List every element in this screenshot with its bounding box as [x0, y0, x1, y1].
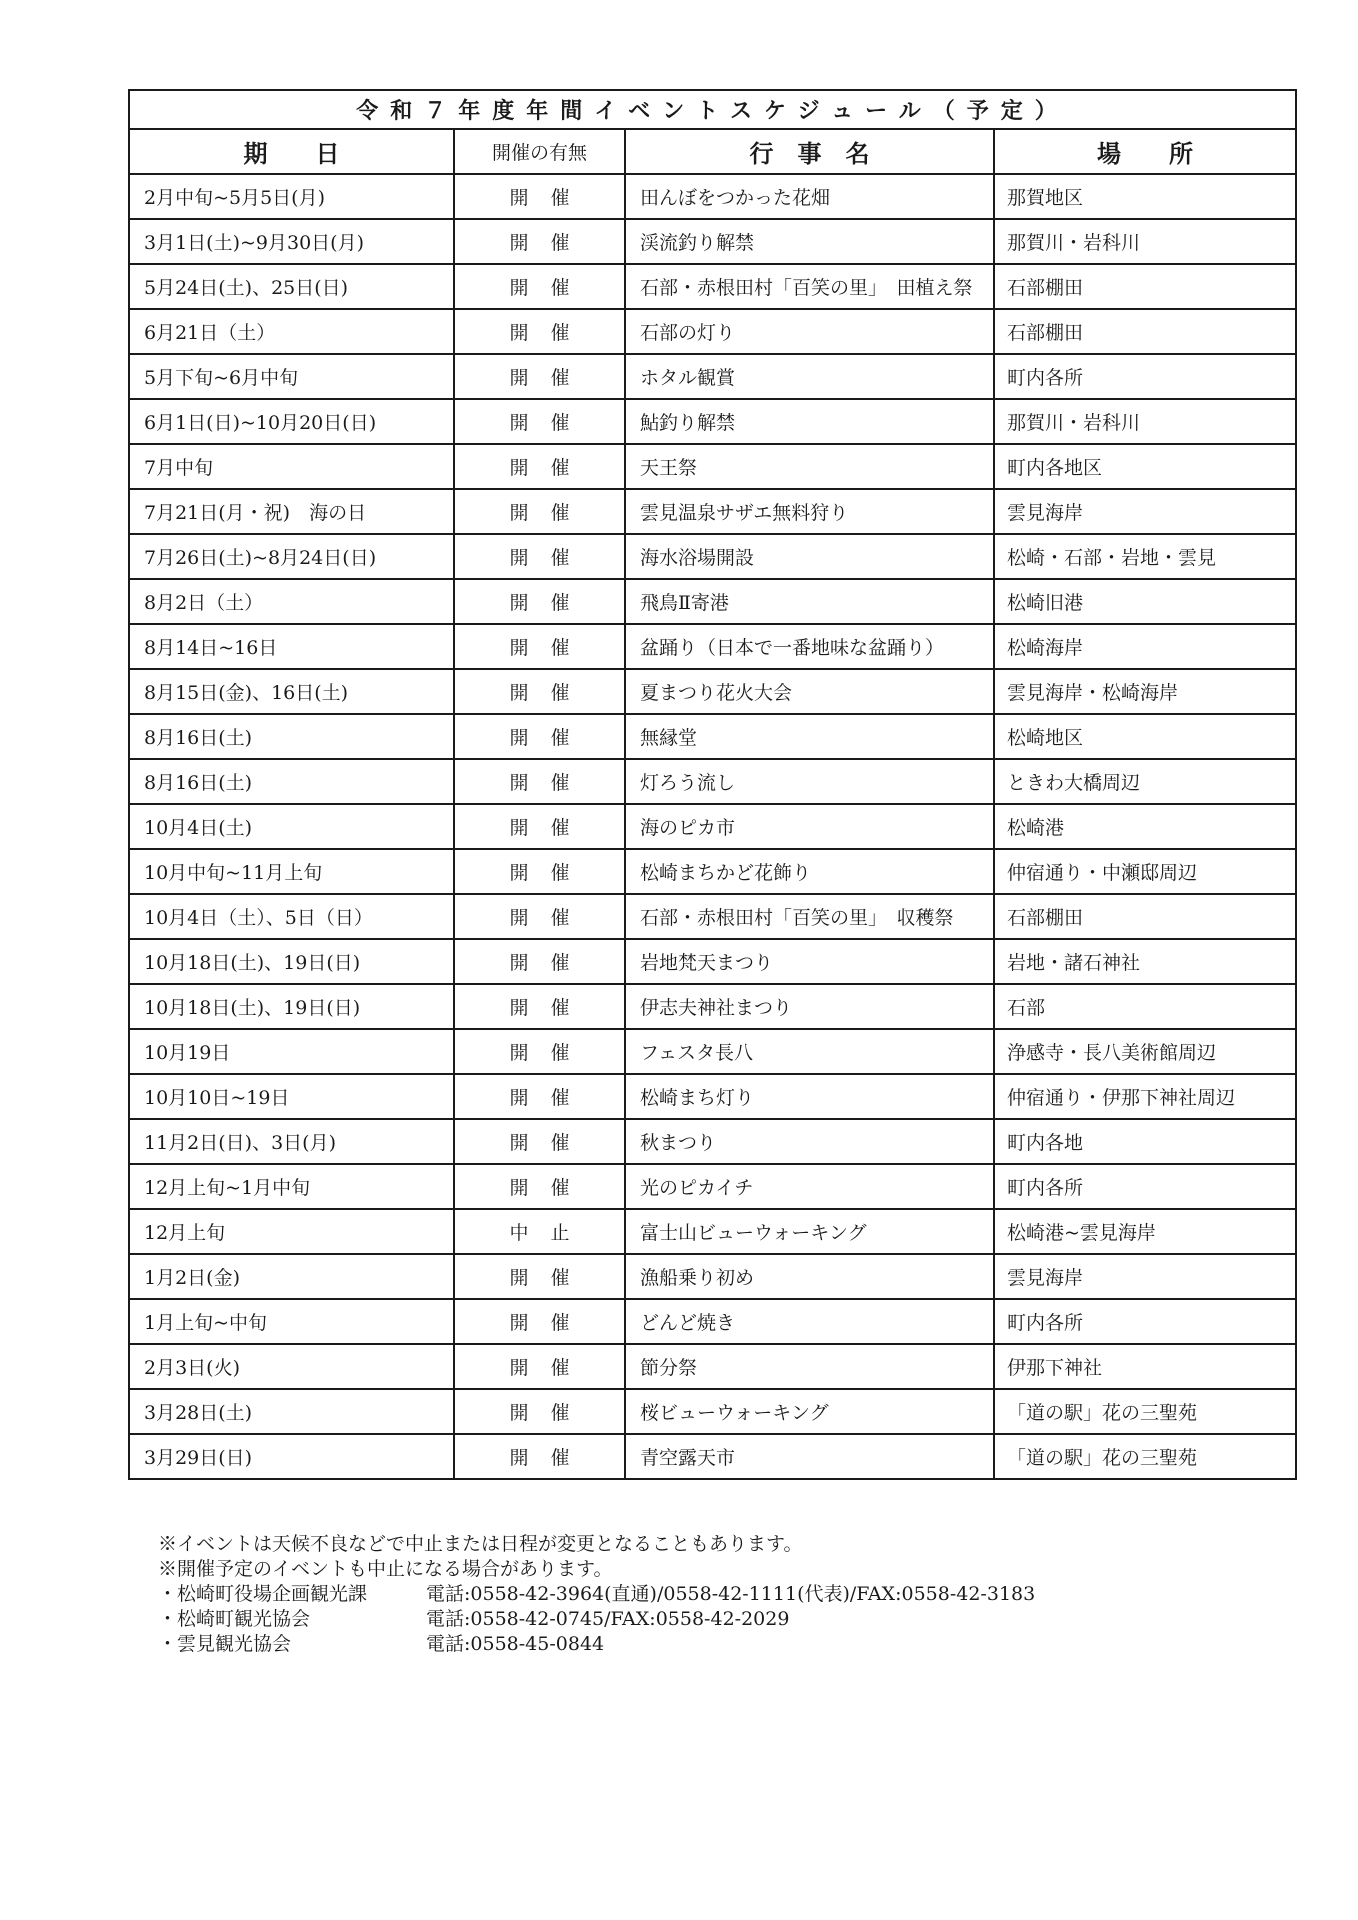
event-date: 3月1日(土)~9月30日(月) [129, 219, 454, 264]
event-date: 7月26日(土)~8月24日(日) [129, 534, 454, 579]
event-place: 「道の駅」花の三聖苑 [994, 1434, 1296, 1479]
contact-phone: 電話:0558-42-0745/FAX:0558-42-2029 [426, 1607, 789, 1632]
table-row: 8月2日（土）開催飛鳥Ⅱ寄港松崎旧港 [129, 579, 1296, 624]
contact-org: ・雲見観光協会 [158, 1632, 426, 1657]
event-date: 7月21日(月・祝) 海の日 [129, 489, 454, 534]
column-header-date: 期 日 [129, 129, 454, 174]
table-row: 10月18日(土)、19日(日)開催伊志夫神社まつり石部 [129, 984, 1296, 1029]
event-place: 那賀川・岩科川 [994, 219, 1296, 264]
event-name: 富士山ビューウォーキング [625, 1209, 994, 1254]
event-name: 飛鳥Ⅱ寄港 [625, 579, 994, 624]
event-status: 開催 [454, 534, 625, 579]
event-date: 12月上旬 [129, 1209, 454, 1254]
event-place: 那賀地区 [994, 174, 1296, 219]
table-row: 10月10日~19日開催松崎まち灯り仲宿通り・伊那下神社周辺 [129, 1074, 1296, 1119]
event-status: 開催 [454, 939, 625, 984]
event-status: 開催 [454, 759, 625, 804]
event-status: 開催 [454, 1254, 625, 1299]
event-status: 開催 [454, 399, 625, 444]
event-name: 漁船乗り初め [625, 1254, 994, 1299]
event-place: 仲宿通り・伊那下神社周辺 [994, 1074, 1296, 1119]
event-place: 町内各所 [994, 1164, 1296, 1209]
event-date: 8月16日(土) [129, 759, 454, 804]
event-place: 雲見海岸 [994, 1254, 1296, 1299]
event-status: 開催 [454, 1344, 625, 1389]
event-status: 開催 [454, 219, 625, 264]
footnotes: ※イベントは天候不良などで中止または日程が変更となることもあります。 ※開催予定… [158, 1532, 1035, 1657]
event-date: 1月上旬~中旬 [129, 1299, 454, 1344]
event-status: 開催 [454, 894, 625, 939]
column-header-event: 行 事 名 [625, 129, 994, 174]
event-date: 2月3日(火) [129, 1344, 454, 1389]
table-row: 3月28日(土)開催桜ビューウォーキング「道の駅」花の三聖苑 [129, 1389, 1296, 1434]
event-schedule-table: 令和７年度年間イベントスケジュール（予定） 期 日 開催の有無 行 事 名 場 … [128, 89, 1297, 1480]
event-date: 8月2日（土） [129, 579, 454, 624]
column-header-status: 開催の有無 [454, 129, 625, 174]
schedule-rows: 2月中旬~5月5日(月)開催田んぼをつかった花畑那賀地区3月1日(土)~9月30… [129, 174, 1296, 1479]
table-row: 3月29日(日)開催青空露天市「道の駅」花の三聖苑 [129, 1434, 1296, 1479]
event-name: 盆踊り（日本で一番地味な盆踊り） [625, 624, 994, 669]
event-place: 石部棚田 [994, 309, 1296, 354]
event-date: 10月4日(土) [129, 804, 454, 849]
event-place: 伊那下神社 [994, 1344, 1296, 1389]
event-name: 石部・赤根田村「百笑の里」 田植え祭 [625, 264, 994, 309]
event-status: 開催 [454, 354, 625, 399]
event-place: 松崎港 [994, 804, 1296, 849]
contact-kumomi-tourism: ・雲見観光協会 電話:0558-45-0844 [158, 1632, 1035, 1657]
event-name: 青空露天市 [625, 1434, 994, 1479]
event-status: 開催 [454, 1389, 625, 1434]
table-row: 6月21日（土）開催石部の灯り石部棚田 [129, 309, 1296, 354]
event-name: 田んぼをつかった花畑 [625, 174, 994, 219]
event-date: 8月15日(金)、16日(土) [129, 669, 454, 714]
event-name: 無縁堂 [625, 714, 994, 759]
event-name: 渓流釣り解禁 [625, 219, 994, 264]
event-status: 開催 [454, 309, 625, 354]
event-date: 10月10日~19日 [129, 1074, 454, 1119]
note-weather: ※イベントは天候不良などで中止または日程が変更となることもあります。 [158, 1532, 1035, 1557]
event-status: 開催 [454, 1299, 625, 1344]
event-date: 3月29日(日) [129, 1434, 454, 1479]
table-row: 2月3日(火)開催節分祭伊那下神社 [129, 1344, 1296, 1389]
event-name: 鮎釣り解禁 [625, 399, 994, 444]
event-status: 開催 [454, 444, 625, 489]
contact-town-office: ・松崎町役場企画観光課 電話:0558-42-3964(直通)/0558-42-… [158, 1582, 1035, 1607]
contact-phone: 電話:0558-45-0844 [426, 1632, 604, 1657]
event-name: どんど焼き [625, 1299, 994, 1344]
event-name: フェスタ長八 [625, 1029, 994, 1074]
event-date: 10月4日（土）、5日（日） [129, 894, 454, 939]
event-name: 石部・赤根田村「百笑の里」 収穫祭 [625, 894, 994, 939]
event-status: 開催 [454, 1029, 625, 1074]
event-date: 6月1日(日)~10月20日(日) [129, 399, 454, 444]
event-date: 10月18日(土)、19日(日) [129, 939, 454, 984]
table-row: 10月4日（土）、5日（日）開催石部・赤根田村「百笑の里」 収穫祭石部棚田 [129, 894, 1296, 939]
event-name: 海水浴場開設 [625, 534, 994, 579]
column-header-place: 場 所 [994, 129, 1296, 174]
table-row: 1月2日(金)開催漁船乗り初め雲見海岸 [129, 1254, 1296, 1299]
event-place: ときわ大橋周辺 [994, 759, 1296, 804]
table-row: 8月15日(金)、16日(土)開催夏まつり花火大会雲見海岸・松崎海岸 [129, 669, 1296, 714]
table-row: 6月1日(日)~10月20日(日)開催鮎釣り解禁那賀川・岩科川 [129, 399, 1296, 444]
table-row: 8月16日(土)開催無縁堂松崎地区 [129, 714, 1296, 759]
event-status: 開催 [454, 804, 625, 849]
event-date: 10月18日(土)、19日(日) [129, 984, 454, 1029]
event-date: 3月28日(土) [129, 1389, 454, 1434]
schedule-title: 令和７年度年間イベントスケジュール（予定） [129, 90, 1296, 129]
event-status: 開催 [454, 984, 625, 1029]
event-place: 町内各所 [994, 354, 1296, 399]
table-row: 10月19日開催フェスタ長八浄感寺・長八美術館周辺 [129, 1029, 1296, 1074]
event-date: 11月2日(日)、3日(月) [129, 1119, 454, 1164]
table-row: 5月24日(土)、25日(日)開催石部・赤根田村「百笑の里」 田植え祭石部棚田 [129, 264, 1296, 309]
event-place: 浄感寺・長八美術館周辺 [994, 1029, 1296, 1074]
event-date: 6月21日（土） [129, 309, 454, 354]
contact-matsuzaki-tourism: ・松崎町観光協会 電話:0558-42-0745/FAX:0558-42-202… [158, 1607, 1035, 1632]
event-name: 桜ビューウォーキング [625, 1389, 994, 1434]
event-place: 那賀川・岩科川 [994, 399, 1296, 444]
event-date: 7月中旬 [129, 444, 454, 489]
event-status: 開催 [454, 489, 625, 534]
table-row: 2月中旬~5月5日(月)開催田んぼをつかった花畑那賀地区 [129, 174, 1296, 219]
event-place: 石部棚田 [994, 894, 1296, 939]
table-row: 3月1日(土)~9月30日(月)開催渓流釣り解禁那賀川・岩科川 [129, 219, 1296, 264]
event-date: 5月24日(土)、25日(日) [129, 264, 454, 309]
table-row: 10月中旬~11月上旬開催松崎まちかど花飾り仲宿通り・中瀬邸周辺 [129, 849, 1296, 894]
event-place: 町内各所 [994, 1299, 1296, 1344]
event-status: 開催 [454, 714, 625, 759]
event-place: 松崎海岸 [994, 624, 1296, 669]
event-name: 夏まつり花火大会 [625, 669, 994, 714]
table-row: 7月26日(土)~8月24日(日)開催海水浴場開設松崎・石部・岩地・雲見 [129, 534, 1296, 579]
event-status: 開催 [454, 1164, 625, 1209]
event-date: 10月中旬~11月上旬 [129, 849, 454, 894]
event-status: 開催 [454, 624, 625, 669]
event-place: 松崎・石部・岩地・雲見 [994, 534, 1296, 579]
table-row: 5月下旬~6月中旬開催ホタル観賞町内各所 [129, 354, 1296, 399]
event-status: 開催 [454, 849, 625, 894]
contact-org: ・松崎町観光協会 [158, 1607, 426, 1632]
event-name: 松崎まちかど花飾り [625, 849, 994, 894]
event-name: 石部の灯り [625, 309, 994, 354]
event-name: 灯ろう流し [625, 759, 994, 804]
table-row: 10月4日(土)開催海のピカ市松崎港 [129, 804, 1296, 849]
event-place: 石部 [994, 984, 1296, 1029]
event-name: 天王祭 [625, 444, 994, 489]
event-place: 町内各地区 [994, 444, 1296, 489]
event-place: 町内各地 [994, 1119, 1296, 1164]
event-name: 節分祭 [625, 1344, 994, 1389]
event-place: 松崎旧港 [994, 579, 1296, 624]
event-status: 中止 [454, 1209, 625, 1254]
table-row: 8月16日(土)開催灯ろう流しときわ大橋周辺 [129, 759, 1296, 804]
event-place: 松崎港~雲見海岸 [994, 1209, 1296, 1254]
event-place: 「道の駅」花の三聖苑 [994, 1389, 1296, 1434]
table-row: 1月上旬~中旬開催どんど焼き町内各所 [129, 1299, 1296, 1344]
event-place: 岩地・諸石神社 [994, 939, 1296, 984]
event-status: 開催 [454, 669, 625, 714]
contact-phone: 電話:0558-42-3964(直通)/0558-42-1111(代表)/FAX… [426, 1582, 1035, 1607]
event-status: 開催 [454, 264, 625, 309]
event-name: 岩地梵天まつり [625, 939, 994, 984]
event-name: 伊志夫神社まつり [625, 984, 994, 1029]
event-place: 仲宿通り・中瀬邸周辺 [994, 849, 1296, 894]
event-place: 石部棚田 [994, 264, 1296, 309]
table-row: 11月2日(日)、3日(月)開催秋まつり町内各地 [129, 1119, 1296, 1164]
event-date: 10月19日 [129, 1029, 454, 1074]
event-date: 1月2日(金) [129, 1254, 454, 1299]
table-row: 8月14日~16日開催盆踊り（日本で一番地味な盆踊り）松崎海岸 [129, 624, 1296, 669]
event-name: 松崎まち灯り [625, 1074, 994, 1119]
table-row: 12月上旬~1月中旬開催光のピカイチ町内各所 [129, 1164, 1296, 1209]
note-cancellation: ※開催予定のイベントも中止になる場合があります。 [158, 1557, 1035, 1582]
event-name: 秋まつり [625, 1119, 994, 1164]
event-status: 開催 [454, 1119, 625, 1164]
event-name: 雲見温泉サザエ無料狩り [625, 489, 994, 534]
event-status: 開催 [454, 579, 625, 624]
table-row: 7月中旬開催天王祭町内各地区 [129, 444, 1296, 489]
table-row: 12月上旬中止富士山ビューウォーキング松崎港~雲見海岸 [129, 1209, 1296, 1254]
event-place: 雲見海岸 [994, 489, 1296, 534]
event-place: 雲見海岸・松崎海岸 [994, 669, 1296, 714]
event-date: 2月中旬~5月5日(月) [129, 174, 454, 219]
event-date: 5月下旬~6月中旬 [129, 354, 454, 399]
event-place: 松崎地区 [994, 714, 1296, 759]
event-name: 光のピカイチ [625, 1164, 994, 1209]
event-date: 8月14日~16日 [129, 624, 454, 669]
table-row: 7月21日(月・祝) 海の日開催雲見温泉サザエ無料狩り雲見海岸 [129, 489, 1296, 534]
event-name: 海のピカ市 [625, 804, 994, 849]
event-status: 開催 [454, 1434, 625, 1479]
event-date: 12月上旬~1月中旬 [129, 1164, 454, 1209]
event-date: 8月16日(土) [129, 714, 454, 759]
event-status: 開催 [454, 1074, 625, 1119]
event-status: 開催 [454, 174, 625, 219]
event-name: ホタル観賞 [625, 354, 994, 399]
table-row: 10月18日(土)、19日(日)開催岩地梵天まつり岩地・諸石神社 [129, 939, 1296, 984]
contact-org: ・松崎町役場企画観光課 [158, 1582, 426, 1607]
